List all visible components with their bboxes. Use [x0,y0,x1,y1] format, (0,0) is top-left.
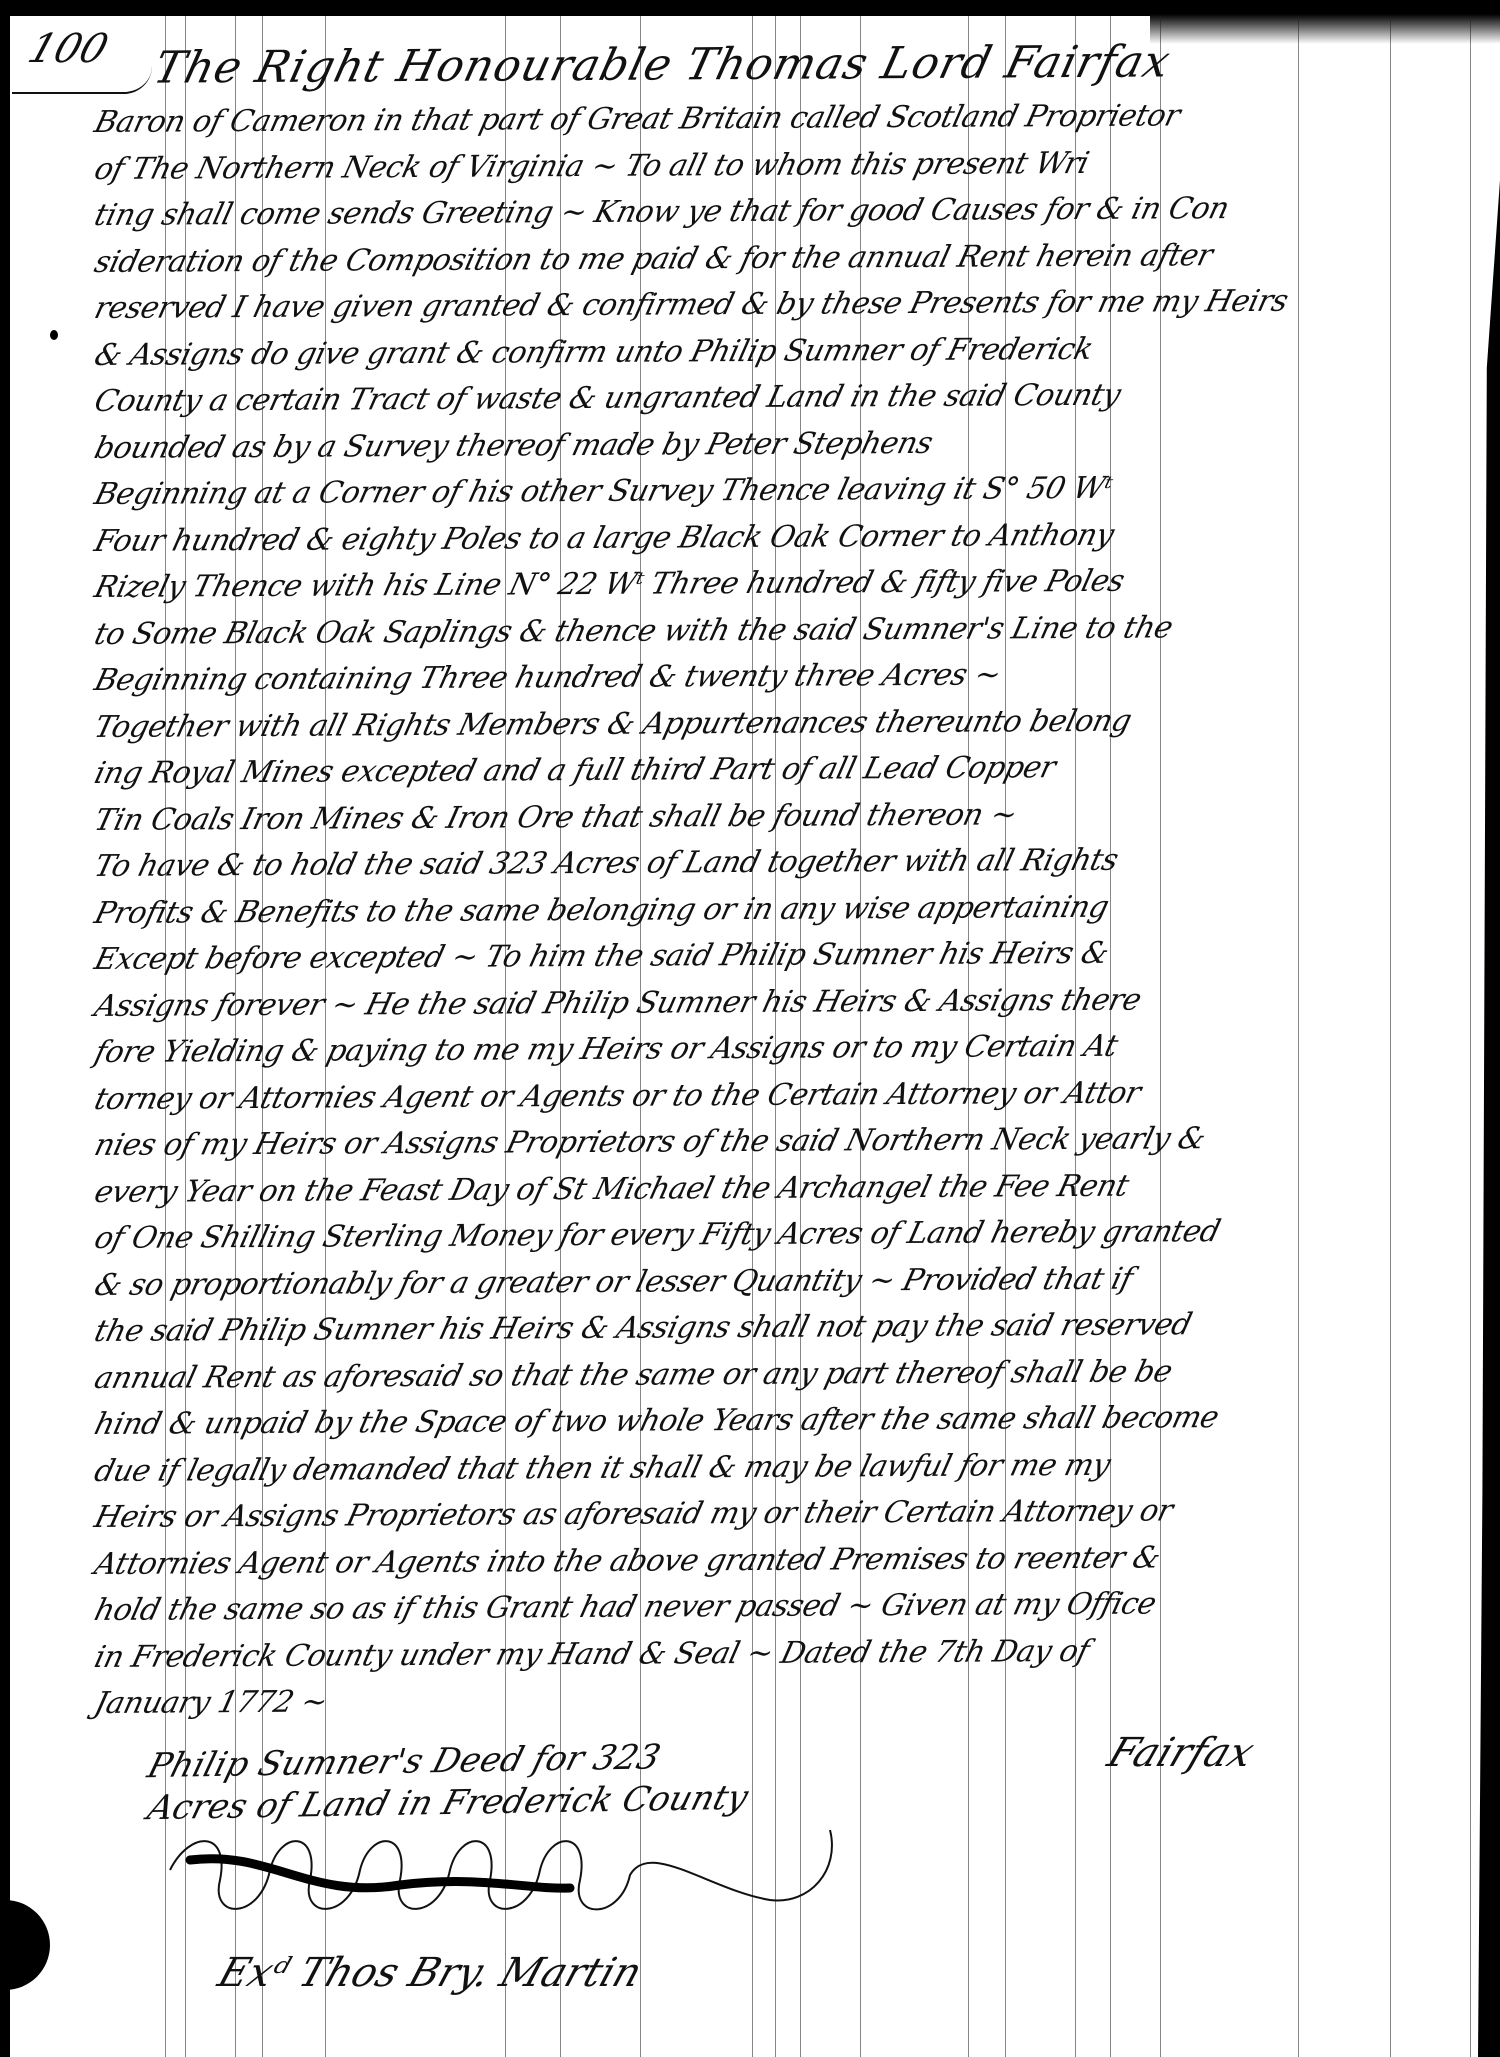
text-line: Baron of Cameron in that part of Great B… [89,92,1470,147]
text-line: To have & to hold the said 323 Acres of … [89,836,1470,891]
text-line: & so proportionably for a greater or les… [89,1254,1470,1309]
text-line: January 1772 ~ [89,1673,1470,1728]
text-line: of The Northern Neck of Virginia ~ To al… [89,138,1470,193]
scan-left-border [0,0,10,2057]
text-line: Beginning containing Three hundred & twe… [89,650,1470,705]
text-line: Profits & Benefits to the same belonging… [89,882,1470,937]
text-line: to Some Black Oak Saplings & thence with… [89,603,1470,658]
text-line: Heirs or Assigns Proprietors as aforesai… [89,1487,1470,1542]
text-line: of One Shilling Sterling Money for every… [89,1208,1470,1263]
ruling-line [1470,16,1471,2057]
text-line: annual Rent as aforesaid so that the sam… [89,1347,1470,1402]
text-line: Rizely Thence with his Line N° 22 Wᵗ Thr… [89,557,1470,612]
text-line: every Year on the Feast Day of St Michae… [89,1161,1470,1216]
text-line: due if legally demanded that then it sha… [89,1440,1470,1495]
text-line: Assigns forever ~ He the said Philip Sum… [89,975,1470,1030]
text-line: bounded as by a Survey thereof made by P… [89,417,1470,472]
text-line: hind & unpaid by the Space of two whole … [89,1394,1470,1449]
text-line: the said Philip Sumner his Heirs & Assig… [89,1301,1470,1356]
text-line: & Assigns do give grant & confirm unto P… [89,324,1470,379]
text-line: Together with all Rights Members & Appur… [89,696,1470,751]
text-line: ing Royal Mines excepted and a full thir… [89,743,1470,798]
endorsement: Philip Sumner's Deed for 323 Acres of La… [150,1740,746,1824]
grant-text: The Right Honourable Thomas Lord Fairfax… [95,38,1465,1728]
text-line: Four hundred & eighty Poles to a large B… [89,510,1470,565]
text-line: County a certain Tract of waste & ungran… [89,371,1470,426]
scan-right-border [1478,180,1500,2057]
text-line: Tin Coals Iron Mines & Iron Ore that sha… [89,789,1470,844]
text-line: nies of my Heirs or Assigns Proprietors … [89,1115,1470,1170]
fairfax-signature: Fairfax [1102,1730,1261,1776]
binding-hole [0,1900,50,1990]
ink-blot [50,330,58,340]
text-line: The Right Honourable Thomas Lord Fairfax [87,30,1472,100]
text-line: Except before excepted ~ To him the said… [89,929,1470,984]
text-line: Beginning at a Corner of his other Surve… [89,464,1470,519]
pen-flourish [150,1830,850,1920]
clerk-signature: Exᵈ Thos Bry. Martin [213,1950,648,1996]
text-line: fore Yielding & paying to me my Heirs or… [89,1022,1470,1077]
text-line: sideration of the Composition to me paid… [89,231,1470,286]
text-line: hold the same so as if this Grant had ne… [89,1580,1470,1635]
text-line: ting shall come sends Greeting ~ Know ye… [89,185,1470,240]
text-line: torney or Attornies Agent or Agents or t… [89,1068,1470,1123]
text-line: Attornies Agent or Agents into the above… [89,1533,1470,1588]
text-line: in Frederick County under my Hand & Seal… [89,1626,1470,1681]
text-line: reserved I have given granted & confirme… [89,278,1470,333]
